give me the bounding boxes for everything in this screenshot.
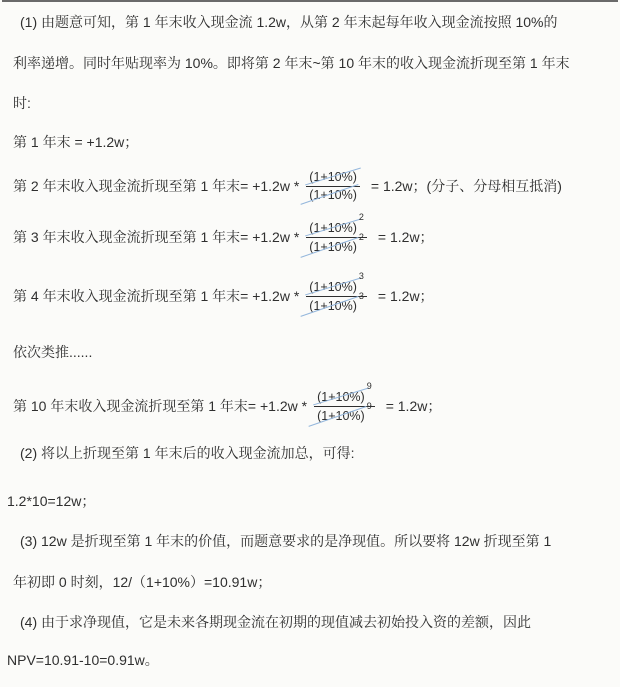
step1-line1: (1) 由题意可知，第 1 年末收入现金流 1.2w，从第 2 年末起每年收入现… <box>13 12 618 32</box>
cancelled-term: (1+10%) <box>309 170 357 185</box>
fraction-denominator: (1+10%)3 <box>306 296 367 315</box>
numerator-exponent: 3 <box>359 272 364 281</box>
fraction: (1+10%)9 (1+10%)9 <box>314 387 375 424</box>
year3-formula-row: 第 3 年末收入现金流折现至第 1 年末= +1.2w * (1+10%)2 (… <box>13 213 618 261</box>
numerator-exponent: 2 <box>359 213 364 222</box>
cancelled-term: (1+10%) <box>309 221 357 236</box>
year2-formula-row: 第 2 年末收入现金流折现至第 1 年末= +1.2w * (1+10%) (1… <box>13 163 618 209</box>
formula-prefix: 第 10 年末收入现金流折现至第 1 年末= +1.2w * <box>13 396 307 416</box>
denominator-exponent: 3 <box>359 291 364 301</box>
year1-result-line: 第 1 年末 = +1.2w； <box>13 132 618 152</box>
cancelled-term: (1+10%) <box>317 409 365 424</box>
formula-prefix: 第 2 年末收入现金流折现至第 1 年末= +1.2w * <box>13 176 299 196</box>
formula-suffix: = 1.2w； <box>378 286 434 306</box>
fraction: (1+10%)3 (1+10%)3 <box>306 277 367 314</box>
step2-line1: (2) 将以上折现至第 1 年末后的收入现金流加总，可得: <box>13 443 618 463</box>
fraction-numerator: (1+10%)3 <box>306 277 367 295</box>
denominator-exponent: 2 <box>359 232 364 242</box>
step1-line3: 时: <box>13 93 618 113</box>
cancelled-term: (1+10%) <box>309 240 357 255</box>
formula-prefix: 第 4 年末收入现金流折现至第 1 年末= +1.2w * <box>13 286 299 306</box>
year10-formula-row: 第 10 年末收入现金流折现至第 1 年末= +1.2w * (1+10%)9 … <box>13 381 618 431</box>
cancelled-term: (1+10%) <box>309 280 357 295</box>
cancelled-term: (1+10%) <box>317 390 365 405</box>
step4-line1: (4) 由于求净现值，它是未来各期现金流在初期的现值减去初始投入资的差额，因此 <box>13 612 618 632</box>
fraction-numerator: (1+10%) <box>306 169 360 186</box>
step3-line1: (3) 12w 是折现至第 1 年末的价值，而题意要求的是净现值。所以要将 12… <box>13 531 618 551</box>
fraction: (1+10%)2 (1+10%)2 <box>306 218 367 255</box>
formula-suffix: = 1.2w； <box>386 396 442 416</box>
fraction-numerator: (1+10%)2 <box>306 218 367 236</box>
fraction-denominator: (1+10%)2 <box>306 237 367 256</box>
step2-sum-line: 1.2*10=12w； <box>7 491 618 511</box>
numerator-exponent: 9 <box>367 381 372 391</box>
document-page: (1) 由题意可知，第 1 年末收入现金流 1.2w，从第 2 年末起每年收入现… <box>0 0 620 687</box>
fraction: (1+10%) (1+10%) <box>306 169 360 204</box>
fraction-denominator: (1+10%) <box>306 186 360 204</box>
denominator-exponent: 9 <box>367 401 372 411</box>
cancelled-term: (1+10%) <box>309 299 357 314</box>
step1-line2: 利率递增。同时年贴现率为 10%。即将第 2 年末~第 10 年末的收入现金流折… <box>13 53 618 73</box>
step3-line2: 年初即 0 时刻，12/（1+10%）=10.91w； <box>13 572 618 592</box>
induction-ellipsis-line: 依次类推...... <box>13 342 618 362</box>
formula-suffix: = 1.2w；(分子、分母相互抵消) <box>371 176 562 196</box>
cancelled-term: (1+10%) <box>309 188 357 203</box>
fraction-denominator: (1+10%)9 <box>314 406 375 425</box>
formula-suffix: = 1.2w； <box>378 227 434 247</box>
year4-formula-row: 第 4 年末收入现金流折现至第 1 年末= +1.2w * (1+10%)3 (… <box>13 272 618 320</box>
fraction-numerator: (1+10%)9 <box>314 387 375 405</box>
formula-prefix: 第 3 年末收入现金流折现至第 1 年末= +1.2w * <box>13 227 299 247</box>
page-top-edge <box>2 0 618 2</box>
npv-result-line: NPV=10.91-10=0.91w。 <box>7 650 618 670</box>
